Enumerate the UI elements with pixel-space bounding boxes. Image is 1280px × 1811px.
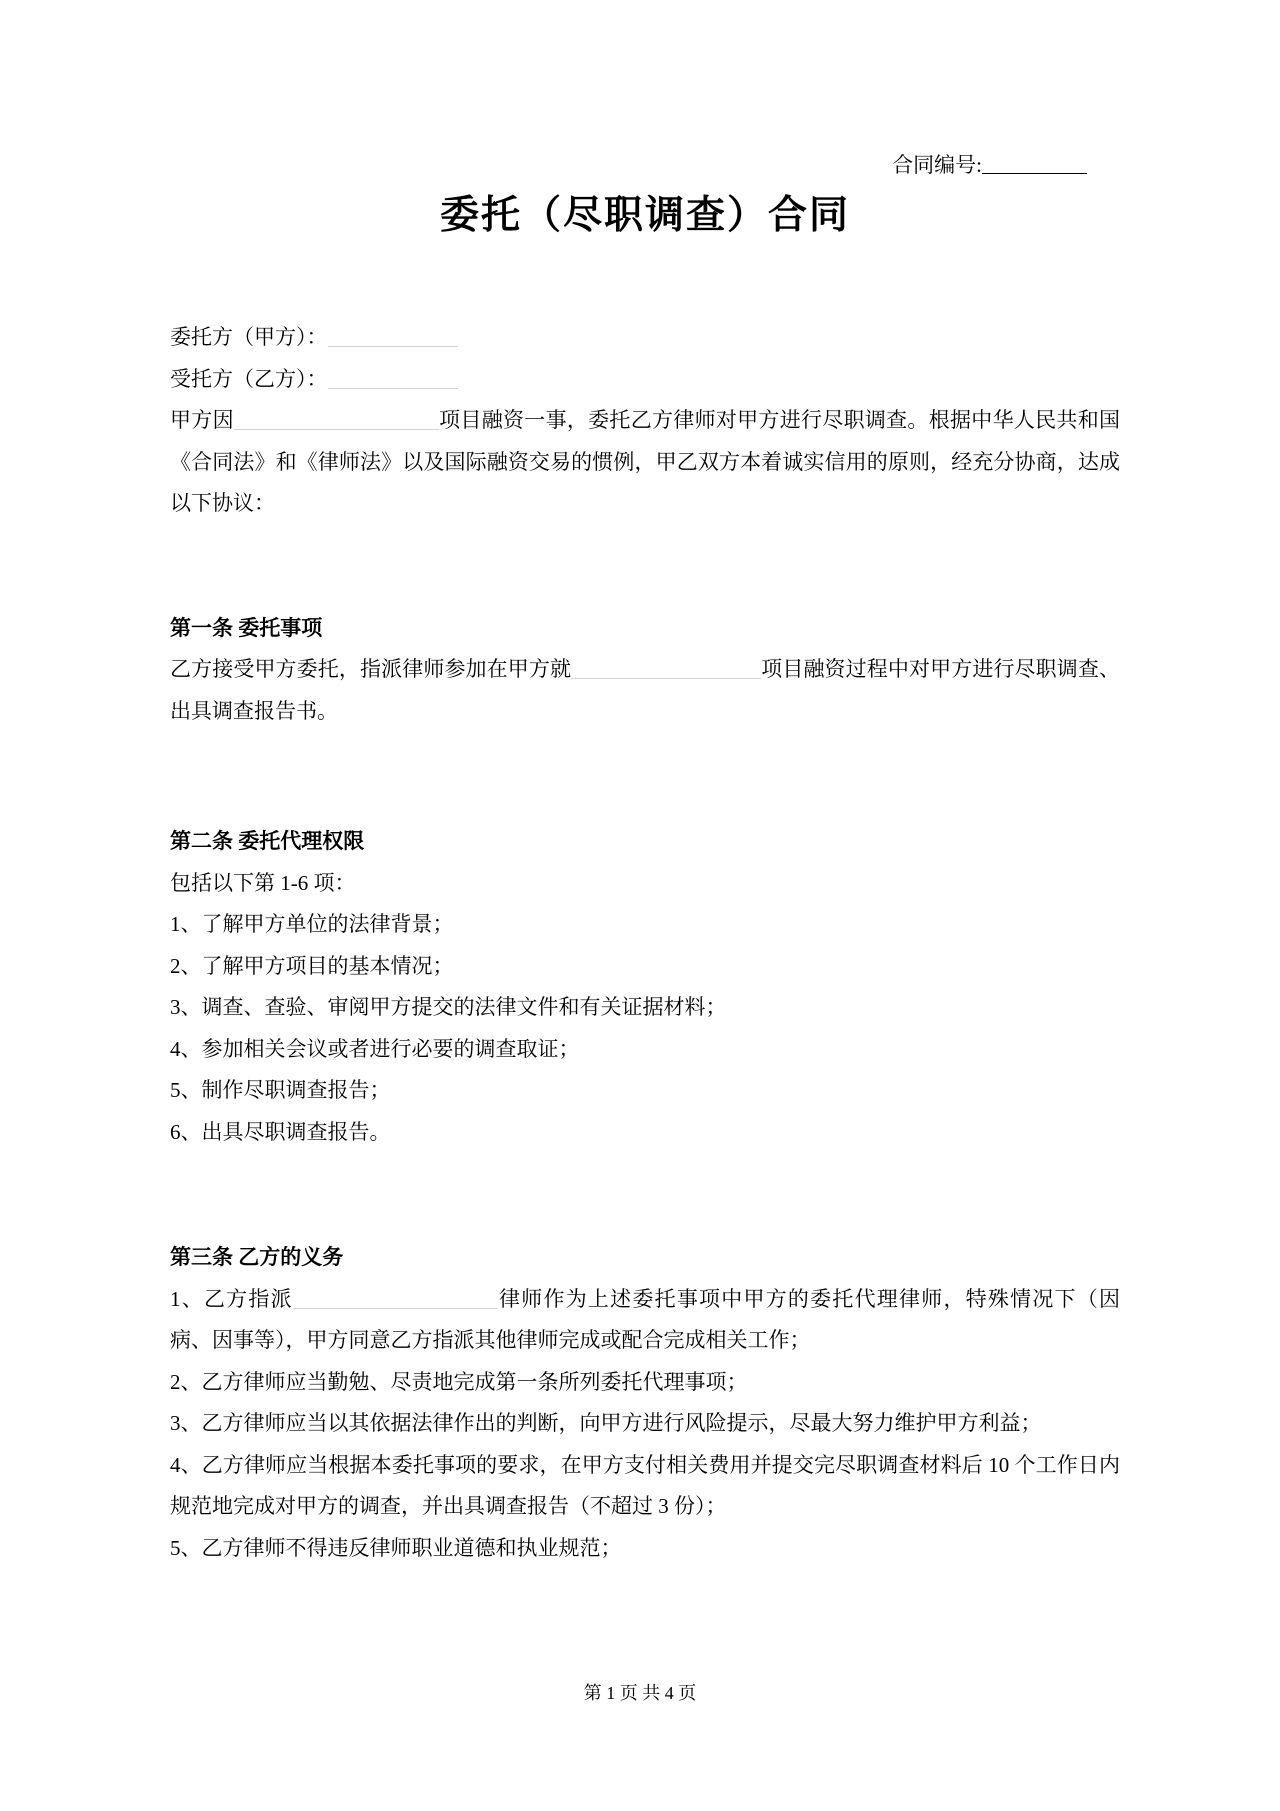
section1-project-blank[interactable] — [571, 658, 761, 679]
section2-intro: 包括以下第 1-6 项： — [170, 863, 1120, 905]
party-b-blank[interactable] — [328, 368, 458, 389]
section3-lawyer-name-blank[interactable] — [293, 1288, 498, 1309]
parties-block: 委托方（甲方）： 受托方（乙方）： 甲方因项目融资一事，委托乙方律师对甲方进行尽… — [170, 317, 1120, 525]
section2-heading: 第二条 委托代理权限 — [170, 821, 1120, 863]
document-title: 委托（尽职调查）合同 — [170, 188, 1120, 244]
party-a-label: 委托方（甲方）： — [170, 325, 328, 349]
contract-number-label: 合同编号: — [892, 153, 982, 177]
section1-heading: 第一条 委托事项 — [170, 608, 1120, 650]
section1-text-pre: 乙方接受甲方委托，指派律师参加在甲方就 — [170, 657, 571, 681]
contract-document-page: 合同编号: 委托（尽职调查）合同 委托方（甲方）： 受托方（乙方）： 甲方因项目… — [0, 0, 1280, 1811]
intro-paragraph: 甲方因项目融资一事，委托乙方律师对甲方进行尽职调查。根据中华人民共和国《合同法》… — [170, 400, 1120, 525]
list-item: 1、乙方指派律师作为上述委托事项中甲方的委托代理律师，特殊情况下（因病、因事等）… — [170, 1279, 1120, 1362]
section1-paragraph: 乙方接受甲方委托，指派律师参加在甲方就项目融资过程中对甲方进行尽职调查、出具调查… — [170, 649, 1120, 732]
list-item: 4、参加相关会议或者进行必要的调查取证； — [170, 1029, 1120, 1071]
intro-project-blank[interactable] — [234, 409, 439, 430]
party-a-blank[interactable] — [328, 326, 458, 347]
list-item: 3、乙方律师应当以其依据法律作出的判断，向甲方进行风险提示，尽最大努力维护甲方利… — [170, 1403, 1120, 1445]
list-item: 3、调查、查验、审阅甲方提交的法律文件和有关证据材料； — [170, 987, 1120, 1029]
party-a-line: 委托方（甲方）： — [170, 317, 1120, 359]
section2-body: 包括以下第 1-6 项： 1、了解甲方单位的法律背景； 2、了解甲方项目的基本情… — [170, 863, 1120, 1154]
list-item: 4、乙方律师应当根据本委托事项的要求，在甲方支付相关费用并提交完尽职调查材料后 … — [170, 1445, 1120, 1528]
party-b-line: 受托方（乙方）： — [170, 359, 1120, 401]
section3-body: 1、乙方指派律师作为上述委托事项中甲方的委托代理律师，特殊情况下（因病、因事等）… — [170, 1279, 1120, 1570]
intro-text-pre: 甲方因 — [170, 408, 234, 432]
list-item: 1、了解甲方单位的法律背景； — [170, 904, 1120, 946]
party-b-label: 受托方（乙方）： — [170, 367, 328, 391]
section3-item1-pre: 1、乙方指派 — [170, 1287, 293, 1311]
page-number-footer: 第 1 页 共 4 页 — [0, 1673, 1280, 1714]
list-item: 6、出具尽职调查报告。 — [170, 1112, 1120, 1154]
contract-number-blank[interactable] — [982, 155, 1087, 174]
list-item: 5、制作尽职调查报告； — [170, 1070, 1120, 1112]
contract-number-line: 合同编号: — [170, 145, 1120, 186]
list-item: 5、乙方律师不得违反律师职业道德和执业规范； — [170, 1528, 1120, 1570]
section1-body: 乙方接受甲方委托，指派律师参加在甲方就项目融资过程中对甲方进行尽职调查、出具调查… — [170, 649, 1120, 732]
section3-heading: 第三条 乙方的义务 — [170, 1237, 1120, 1279]
list-item: 2、乙方律师应当勤勉、尽责地完成第一条所列委托代理事项； — [170, 1362, 1120, 1404]
list-item: 2、了解甲方项目的基本情况； — [170, 946, 1120, 988]
